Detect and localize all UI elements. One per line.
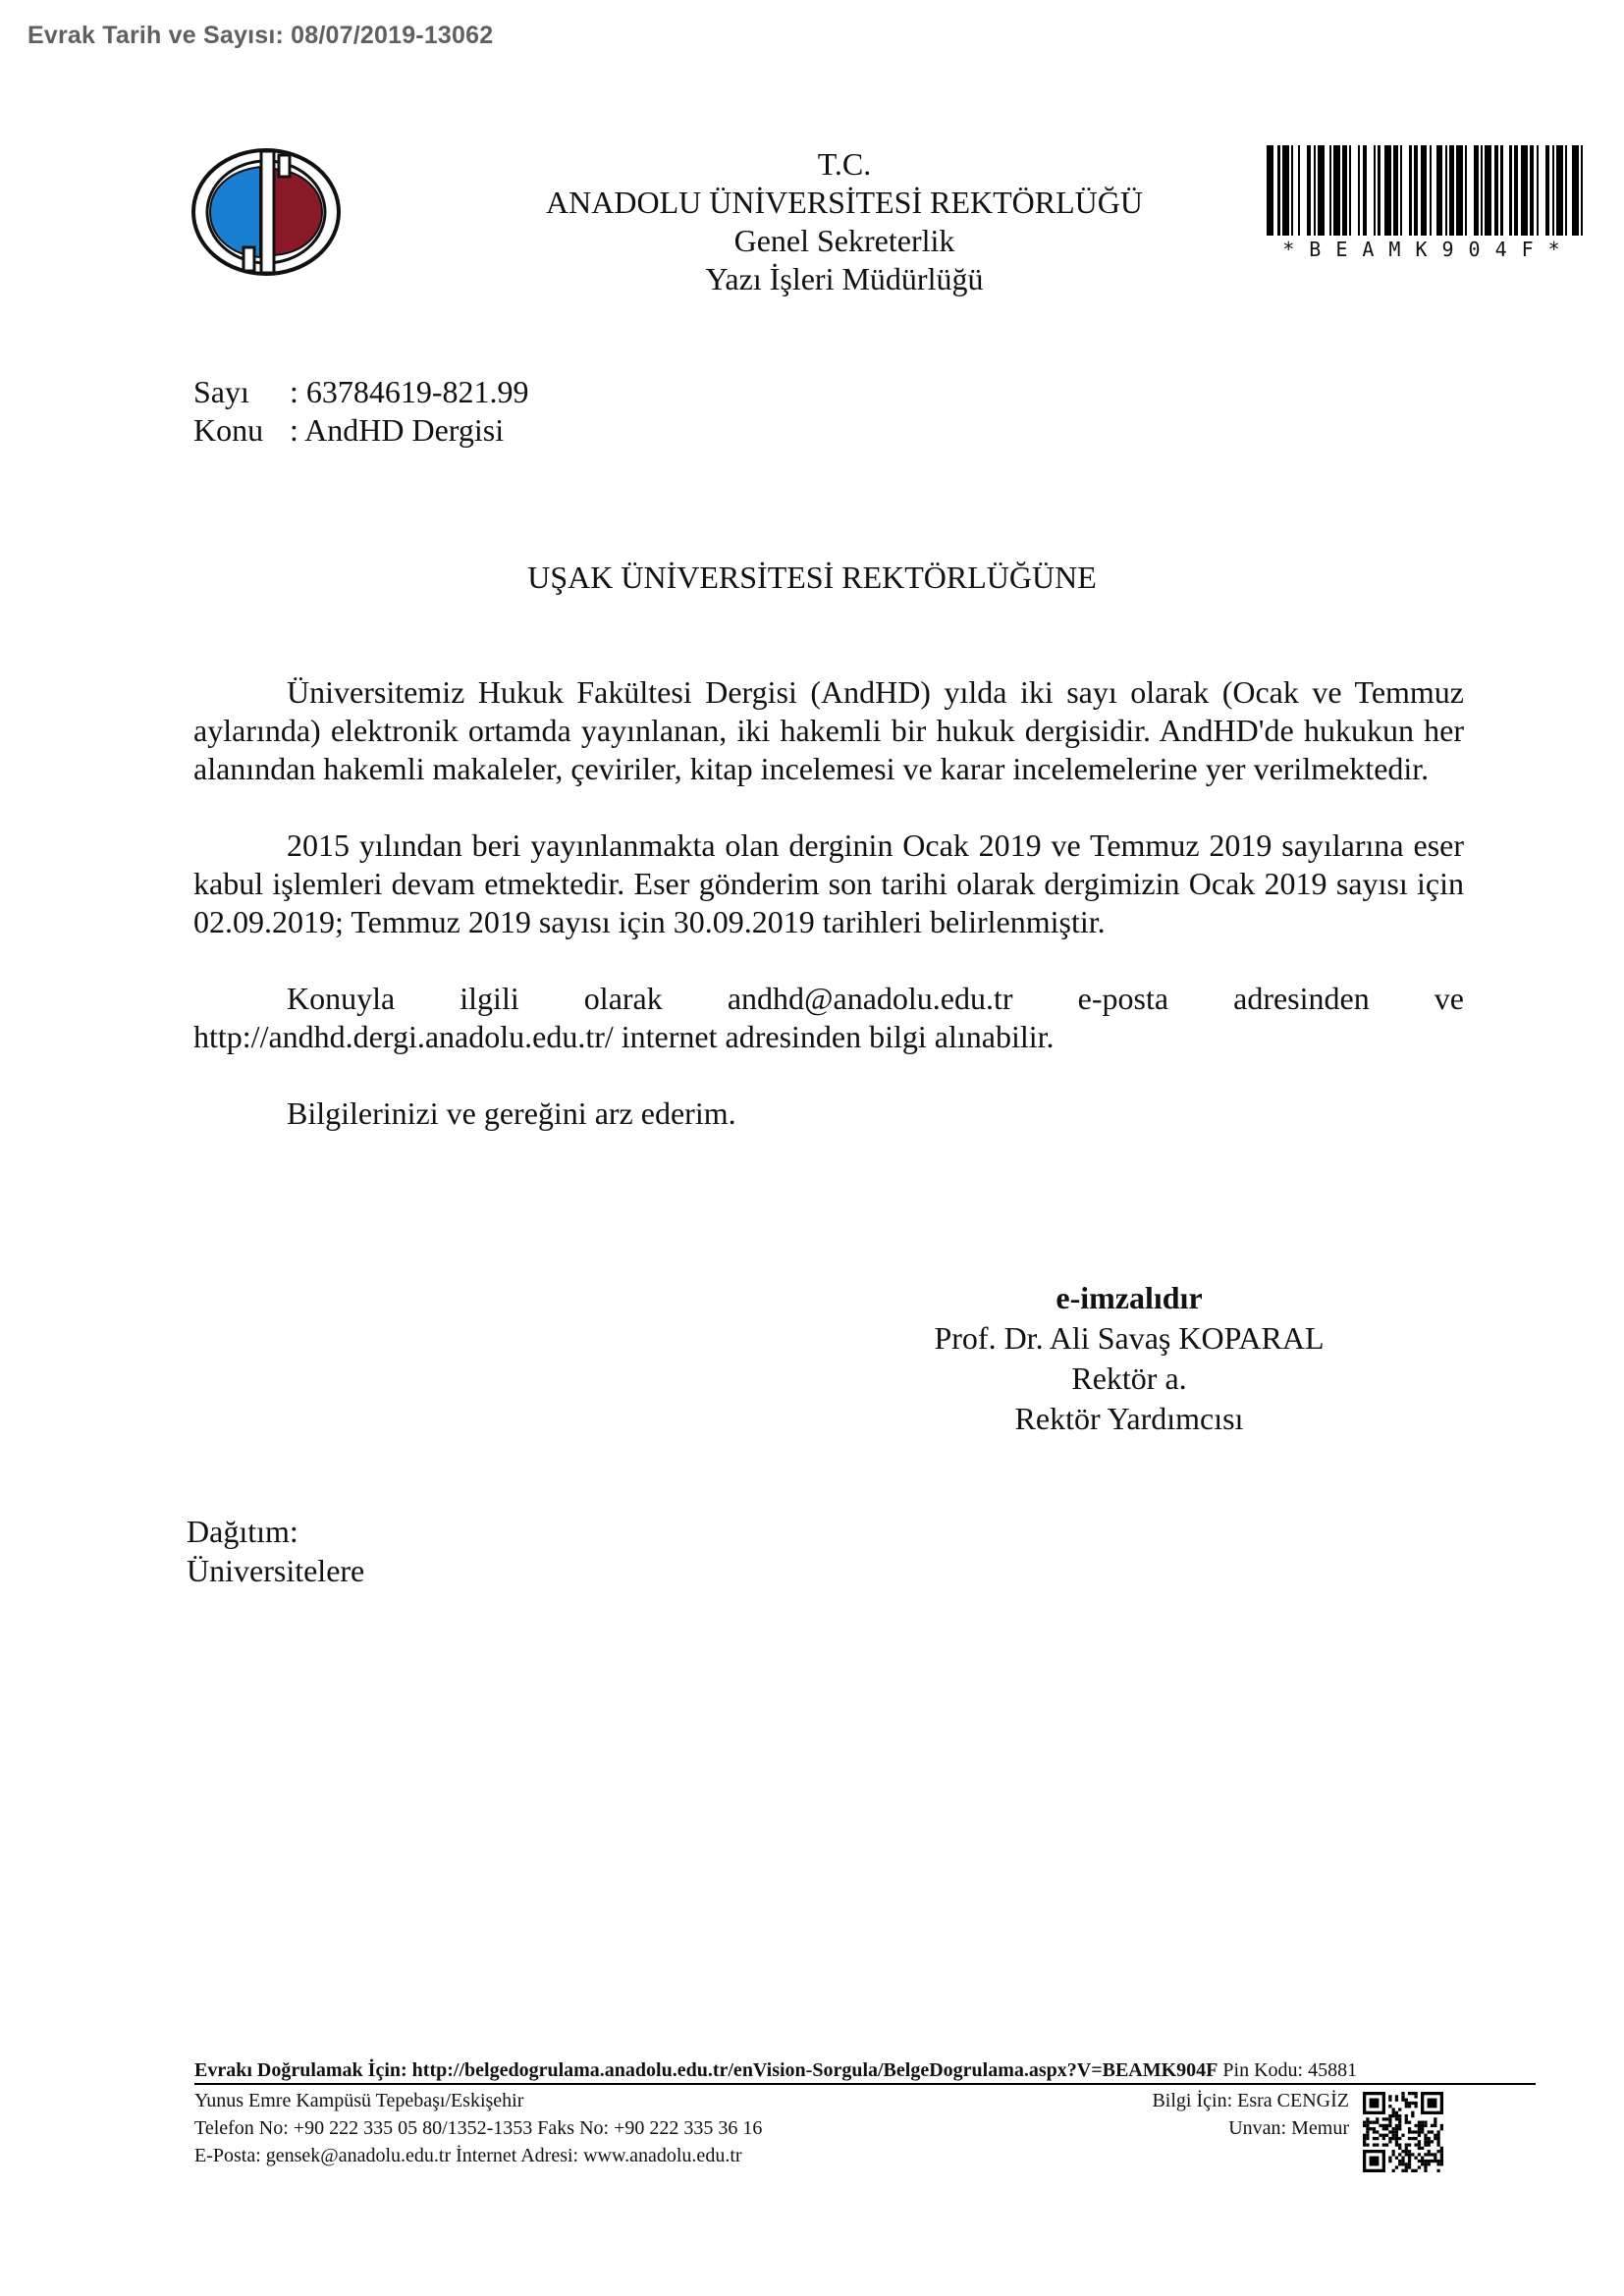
distribution-label: Dağıtım:: [187, 1512, 364, 1551]
distribution-value: Üniversitelere: [187, 1551, 364, 1590]
document-date-number-stamp: Evrak Tarih ve Sayısı: 08/07/2019-13062: [27, 22, 493, 50]
document-meta: Sayı : 63784619-821.99 Konu : AndHD Derg…: [193, 373, 529, 450]
pin-code: Pin Kodu: 45881: [1218, 2059, 1357, 2081]
qr-code-icon: [1363, 2091, 1443, 2173]
letterhead: T.C. ANADOLU ÜNİVERSİTESİ REKTÖRLÜĞÜ Gen…: [491, 145, 1198, 298]
paragraph-3: Konuyla ilgili olarak andhd@anadolu.edu.…: [193, 980, 1464, 1018]
signatory-name: Prof. Dr. Ali Savaş KOPARAL: [884, 1318, 1375, 1359]
signatory-title-2: Rektör Yardımcısı: [884, 1399, 1375, 1439]
barcode-text: *BEAMK904F*: [1267, 238, 1591, 261]
konu-label: Konu: [193, 411, 290, 450]
header-institution: ANADOLU ÜNİVERSİTESİ REKTÖRLÜĞÜ: [491, 184, 1198, 222]
sayi-value: : 63784619-821.99: [290, 373, 529, 411]
footer-email: E-Posta: gensek@anadolu.edu.tr İnternet …: [194, 2142, 1536, 2169]
sayi-label: Sayı: [193, 373, 290, 411]
paragraph-closing: Bilgilerinizi ve gereğini arz ederim.: [193, 1095, 1464, 1133]
paragraph-2: 2015 yılından beri yayınlanmakta olan de…: [193, 827, 1464, 941]
verification-link[interactable]: Evrakı Doğrulamak İçin: http://belgedogr…: [194, 2059, 1218, 2081]
header-tc: T.C.: [491, 145, 1198, 184]
signature-block: e-imzalıdır Prof. Dr. Ali Savaş KOPARAL …: [884, 1278, 1375, 1439]
paragraph-1: Üniversitemiz Hukuk Fakültesi Dergisi (A…: [193, 673, 1464, 788]
university-logo-icon: [189, 145, 344, 279]
header-unit: Yazı İşleri Müdürlüğü: [491, 260, 1198, 298]
e-signature-label: e-imzalıdır: [884, 1278, 1375, 1318]
verification-line: Evrakı Doğrulamak İçin: http://belgedogr…: [194, 2059, 1536, 2085]
info-contact: Bilgi İçin: Esra CENGİZ: [1152, 2087, 1349, 2114]
info-title: Unvan: Memur: [1152, 2114, 1349, 2142]
letter-body: Üniversitemiz Hukuk Fakültesi Dergisi (A…: [193, 673, 1464, 1171]
distribution: Dağıtım: Üniversitelere: [187, 1512, 364, 1590]
document-barcode: *BEAMK904F*: [1267, 145, 1591, 263]
konu-value: : AndHD Dergisi: [290, 411, 504, 450]
signatory-title-1: Rektör a.: [884, 1359, 1375, 1399]
header-department: Genel Sekreterlik: [491, 222, 1198, 260]
paragraph-3-url-line: http://andhd.dergi.anadolu.edu.tr/ inter…: [193, 1018, 1464, 1056]
barcode-icon: [1267, 145, 1591, 236]
footer: Evrakı Doğrulamak İçin: http://belgedogr…: [194, 2059, 1536, 2169]
addressee: UŞAK ÜNİVERSİTESİ REKTÖRLÜĞÜNE: [0, 560, 1624, 596]
